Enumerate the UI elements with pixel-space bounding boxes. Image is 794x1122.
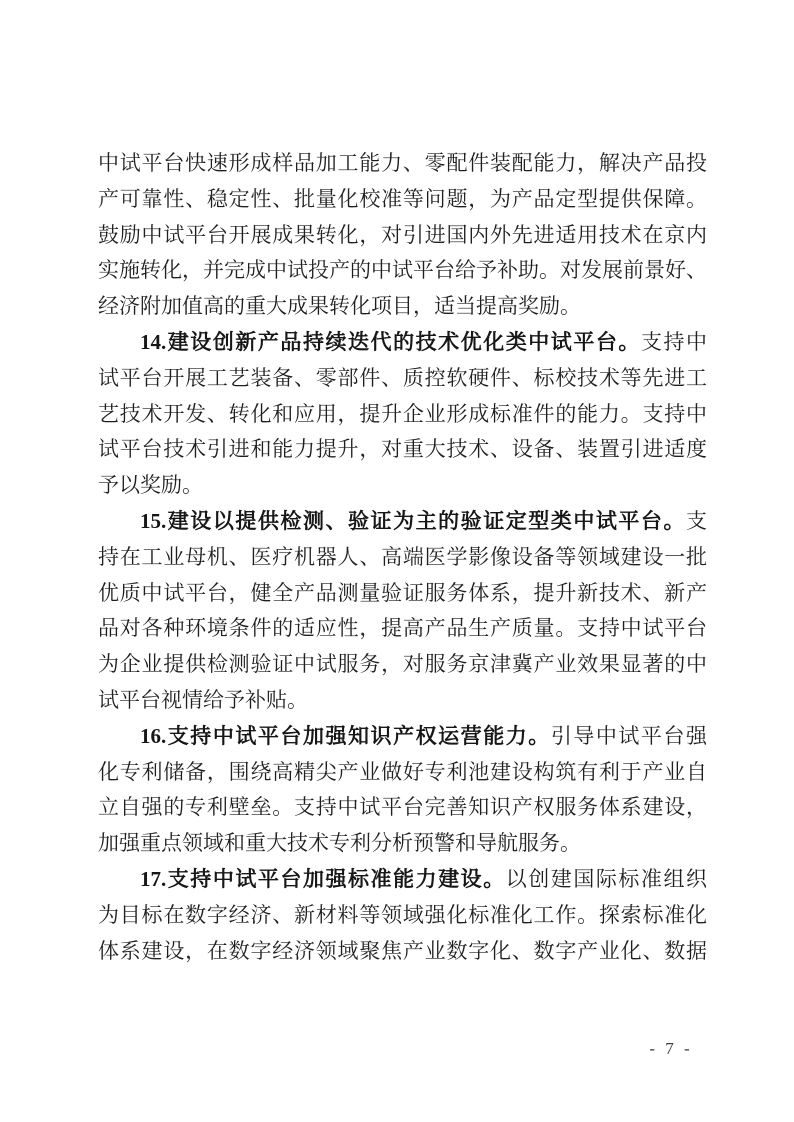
paragraph-text: 引导中试平台强 — [551, 724, 707, 748]
paragraph-lead-bold: 17.支持中试平台加强标准能力建设。 — [140, 867, 506, 891]
text-line: 试平台视情给予补贴。 — [98, 683, 707, 719]
paragraph-text: 加强重点领域和重大技术专利分析预警和导航服务。 — [98, 831, 581, 855]
paragraph-text: 试平台视情给予补贴。 — [98, 688, 308, 712]
text-line: 试平台开展工艺装备、零部件、质控软硬件、标校技术等先进工 — [98, 361, 707, 397]
text-line: 优质中试平台，健全产品测量验证服务体系，提升新技术、新产 — [98, 576, 707, 612]
paragraph-text: 以创建国际标准组织 — [506, 867, 707, 891]
paragraph-text: 中试平台快速形成样品加工能力、零配件装配能力，解决产品投 — [98, 151, 707, 175]
paragraph-text: 立自强的专利壁垒。支持中试平台完善知识产权服务体系建设， — [98, 795, 707, 819]
paragraph-text: 鼓励中试平台开展成果转化，对引进国内外先进适用技术在京内 — [98, 223, 707, 247]
text-line: 试平台技术引进和能力提升，对重大技术、设备、装置引进适度 — [98, 432, 707, 468]
page-number: - 7 - — [636, 1038, 706, 1060]
text-line: 品对各种环境条件的适应性，提高产品生产质量。支持中试平台 — [98, 611, 707, 647]
paragraph-text: 经济附加值高的重大成果转化项目，适当提高奖励。 — [98, 294, 581, 318]
text-line: 化专利储备，围绕高精尖产业做好专利池建设构筑有利于产业自 — [98, 755, 707, 791]
text-line: 鼓励中试平台开展成果转化，对引进国内外先进适用技术在京内 — [98, 218, 707, 254]
paragraph-text: 化专利储备，围绕高精尖产业做好专利池建设构筑有利于产业自 — [98, 760, 707, 784]
text-line: 产可靠性、稳定性、批量化校准等问题，为产品定型提供保障。 — [98, 182, 707, 218]
paragraph-lead-bold: 16.支持中试平台加强知识产权运营能力。 — [140, 724, 551, 748]
para-17: 17.支持中试平台加强标准能力建设。以创建国际标准组织为目标在数字经济、新材料等… — [98, 862, 707, 969]
document-body: 中试平台快速形成样品加工能力、零配件装配能力，解决产品投产可靠性、稳定性、批量化… — [98, 146, 707, 969]
text-line: 为目标在数字经济、新材料等领域强化标准化工作。探索标准化 — [98, 898, 707, 934]
text-line: 予以奖励。 — [98, 468, 707, 504]
paragraph-text: 优质中试平台，健全产品测量验证服务体系，提升新技术、新产 — [98, 581, 707, 605]
text-line: 为企业提供检测验证中试服务，对服务京津冀产业效果显著的中 — [98, 647, 707, 683]
text-line: 16.支持中试平台加强知识产权运营能力。引导中试平台强 — [98, 719, 707, 755]
paragraph-lead-bold: 15.建设以提供检测、验证为主的验证定型类中试平台。 — [140, 509, 686, 533]
paragraph-text: 艺技术开发、转化和应用，提升企业形成标准件的能力。支持中 — [98, 402, 707, 426]
paragraph-text: 为企业提供检测验证中试服务，对服务京津冀产业效果显著的中 — [98, 652, 707, 676]
paragraph-text: 试平台开展工艺装备、零部件、质控软硬件、标校技术等先进工 — [98, 366, 707, 390]
paragraph-text: 体系建设，在数字经济领域聚焦产业数字化、数字产业化、数据 — [98, 939, 707, 963]
text-line: 14.建设创新产品持续迭代的技术优化类中试平台。支持中 — [98, 325, 707, 361]
paragraph-text: 实施转化，并完成中试投产的中试平台给予补助。对发展前景好、 — [98, 258, 707, 282]
text-line: 15.建设以提供检测、验证为主的验证定型类中试平台。支 — [98, 504, 707, 540]
paragraph-text: 支 — [686, 509, 707, 533]
text-line: 经济附加值高的重大成果转化项目，适当提高奖励。 — [98, 289, 707, 325]
paragraph-text: 持在工业母机、医疗机器人、高端医学影像设备等领域建设一批 — [98, 545, 707, 569]
text-line: 中试平台快速形成样品加工能力、零配件装配能力，解决产品投 — [98, 146, 707, 182]
text-line: 持在工业母机、医疗机器人、高端医学影像设备等领域建设一批 — [98, 540, 707, 576]
text-line: 艺技术开发、转化和应用，提升企业形成标准件的能力。支持中 — [98, 397, 707, 433]
text-line: 实施转化，并完成中试投产的中试平台给予补助。对发展前景好、 — [98, 253, 707, 289]
text-line: 加强重点领域和重大技术专利分析预警和导航服务。 — [98, 826, 707, 862]
para-15: 15.建设以提供检测、验证为主的验证定型类中试平台。支持在工业母机、医疗机器人、… — [98, 504, 707, 719]
text-line: 17.支持中试平台加强标准能力建设。以创建国际标准组织 — [98, 862, 707, 898]
text-line: 体系建设，在数字经济领域聚焦产业数字化、数字产业化、数据 — [98, 934, 707, 970]
paragraph-text: 试平台技术引进和能力提升，对重大技术、设备、装置引进适度 — [98, 437, 707, 461]
paragraph-text: 支持中 — [641, 330, 707, 354]
para-13-continuation: 中试平台快速形成样品加工能力、零配件装配能力，解决产品投产可靠性、稳定性、批量化… — [98, 146, 707, 325]
text-line: 立自强的专利壁垒。支持中试平台完善知识产权服务体系建设， — [98, 790, 707, 826]
paragraph-text: 品对各种环境条件的适应性，提高产品生产质量。支持中试平台 — [98, 616, 707, 640]
paragraph-text: 予以奖励。 — [98, 473, 203, 497]
para-16: 16.支持中试平台加强知识产权运营能力。引导中试平台强化专利储备，围绕高精尖产业… — [98, 719, 707, 862]
paragraph-text: 为目标在数字经济、新材料等领域强化标准化工作。探索标准化 — [98, 903, 707, 927]
para-14: 14.建设创新产品持续迭代的技术优化类中试平台。支持中试平台开展工艺装备、零部件… — [98, 325, 707, 504]
paragraph-text: 产可靠性、稳定性、批量化校准等问题，为产品定型提供保障。 — [98, 187, 707, 211]
paragraph-lead-bold: 14.建设创新产品持续迭代的技术优化类中试平台。 — [140, 330, 641, 354]
document-page: 中试平台快速形成样品加工能力、零配件装配能力，解决产品投产可靠性、稳定性、批量化… — [0, 0, 794, 1122]
